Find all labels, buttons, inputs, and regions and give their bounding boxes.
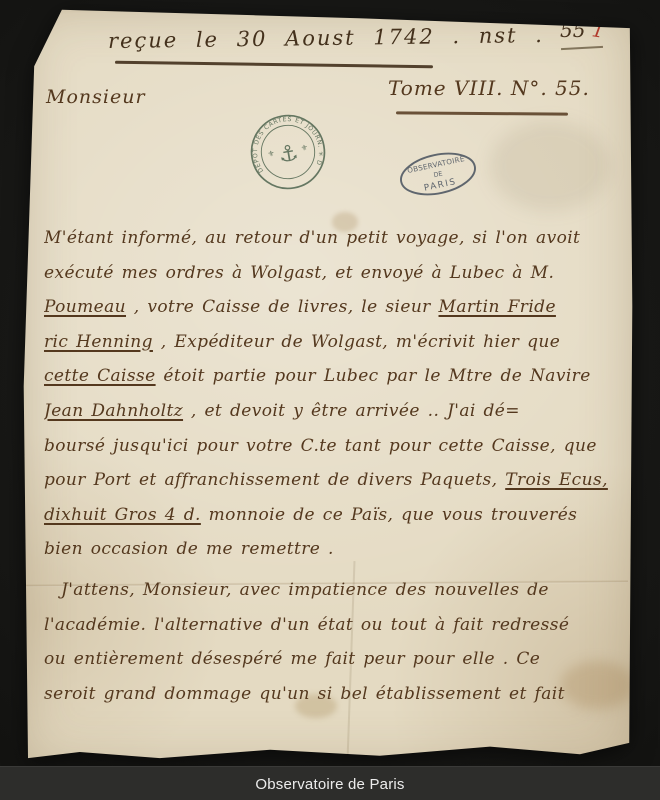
handwritten-line: J'attens, Monsieur, avec impatience des … [44,580,614,615]
handwritten-text: pour Port et affranchissement de divers … [44,470,505,490]
handwritten-line: dixhuit Gros 4 d. monnoie de ce Païs, qu… [44,505,614,540]
underlined-phrase: cette Caisse [44,366,156,386]
caption-text: Observatoire de Paris [255,776,404,793]
handwritten-text: M'étant informé, au retour d'un petit vo… [44,228,580,248]
handwritten-line: Jean Dahnholtz , et devoit y être arrivé… [44,401,614,436]
folio-number: 55 [560,18,585,42]
stamp-text-line2: DE [433,170,443,180]
handwritten-line: boursé jusqu'ici pour votre C.te tant po… [44,436,614,471]
handwritten-text: J'attens, Monsieur, avec impatience des … [61,580,549,600]
handwritten-line: Poumeau , votre Caisse de livres, le sie… [44,297,614,332]
handwritten-line: l'académie. l'alternative d'un état ou t… [44,615,614,650]
underlined-phrase: Poumeau [44,297,126,317]
folio-underline [561,46,603,50]
handwritten-text: ou entièrement désespéré me fait peur po… [44,649,540,669]
volume-underline [396,111,568,115]
volume-reference: Tome VIII. N°. 55. [388,76,590,100]
anchor-icon: ⚓ [276,140,300,169]
underlined-phrase: Jean Dahnholtz [44,401,183,421]
fleur-de-lis-icon: ⚜ [267,149,275,159]
handwritten-line: exécuté mes ordres à Wolgast, et envoyé … [44,263,614,298]
letter-body: M'étant informé, au retour d'un petit vo… [44,228,614,718]
salutation: Monsieur [46,86,146,108]
letter-page-wrap: reçue le 30 Aoust 1742 . nst . 551 Monsi… [20,6,636,768]
ink-underline [115,61,433,68]
folio-number-group: 551 [560,18,605,42]
handwritten-text: boursé jusqu'ici pour votre C.te tant po… [44,436,597,456]
photograph-background: reçue le 30 Aoust 1742 . nst . 551 Monsi… [0,0,660,800]
handwritten-line: ou entièrement désespéré me fait peur po… [44,649,614,684]
handwritten-text: bien occasion de me remettre . [44,539,334,559]
observatoire-de-paris-stamp: OBSERVATOIRE DE PARIS [394,144,481,204]
underlined-phrase: Trois Ecus, [505,470,608,490]
handwritten-text: seroit grand dommage qu'un si bel établi… [44,684,565,704]
handwritten-text: exécuté mes ordres à Wolgast, et envoyé … [44,263,554,283]
caption-bar: Observatoire de Paris [0,766,660,800]
marine-depot-anchor-stamp: DEPOT DES CARTES ET JOURN. ✳ DE LA MARIN… [243,107,333,197]
handwritten-text: monnoie de ce Païs, que vous trouverés [201,505,577,525]
handwritten-text: l'académie. l'alternative d'un état ou t… [44,615,569,635]
handwritten-line: pour Port et affranchissement de divers … [44,470,614,505]
paper-stain [490,121,610,211]
stamp-text-line3: PARIS [423,177,457,194]
underlined-phrase: ric Henning [44,332,153,352]
handwritten-line: bien occasion de me remettre . [44,539,614,574]
received-date-note: reçue le 30 Aoust 1742 . nst . [108,23,544,53]
underlined-phrase: dixhuit Gros 4 d. [44,505,201,525]
handwritten-text: étoit partie pour Lubec par le Mtre de N… [156,366,591,386]
handwritten-line: seroit grand dommage qu'un si bel établi… [44,684,614,719]
folio-red-mark: 1 [591,19,606,43]
handwritten-text: , votre Caisse de livres, le sieur [126,297,439,317]
underlined-phrase: Martin Fride [439,297,556,317]
handwritten-line: M'étant informé, au retour d'un petit vo… [44,228,614,263]
handwritten-line: ric Henning , Expéditeur de Wolgast, m'é… [44,332,614,367]
letter-page: reçue le 30 Aoust 1742 . nst . 551 Monsi… [20,6,636,768]
fleur-de-lis-icon: ⚜ [300,143,308,153]
handwritten-text: , Expéditeur de Wolgast, m'écrivit hier … [153,332,560,352]
handwritten-line: cette Caisse étoit partie pour Lubec par… [44,366,614,401]
handwritten-text: , et devoit y être arrivée .. J'ai dé= [183,401,520,421]
